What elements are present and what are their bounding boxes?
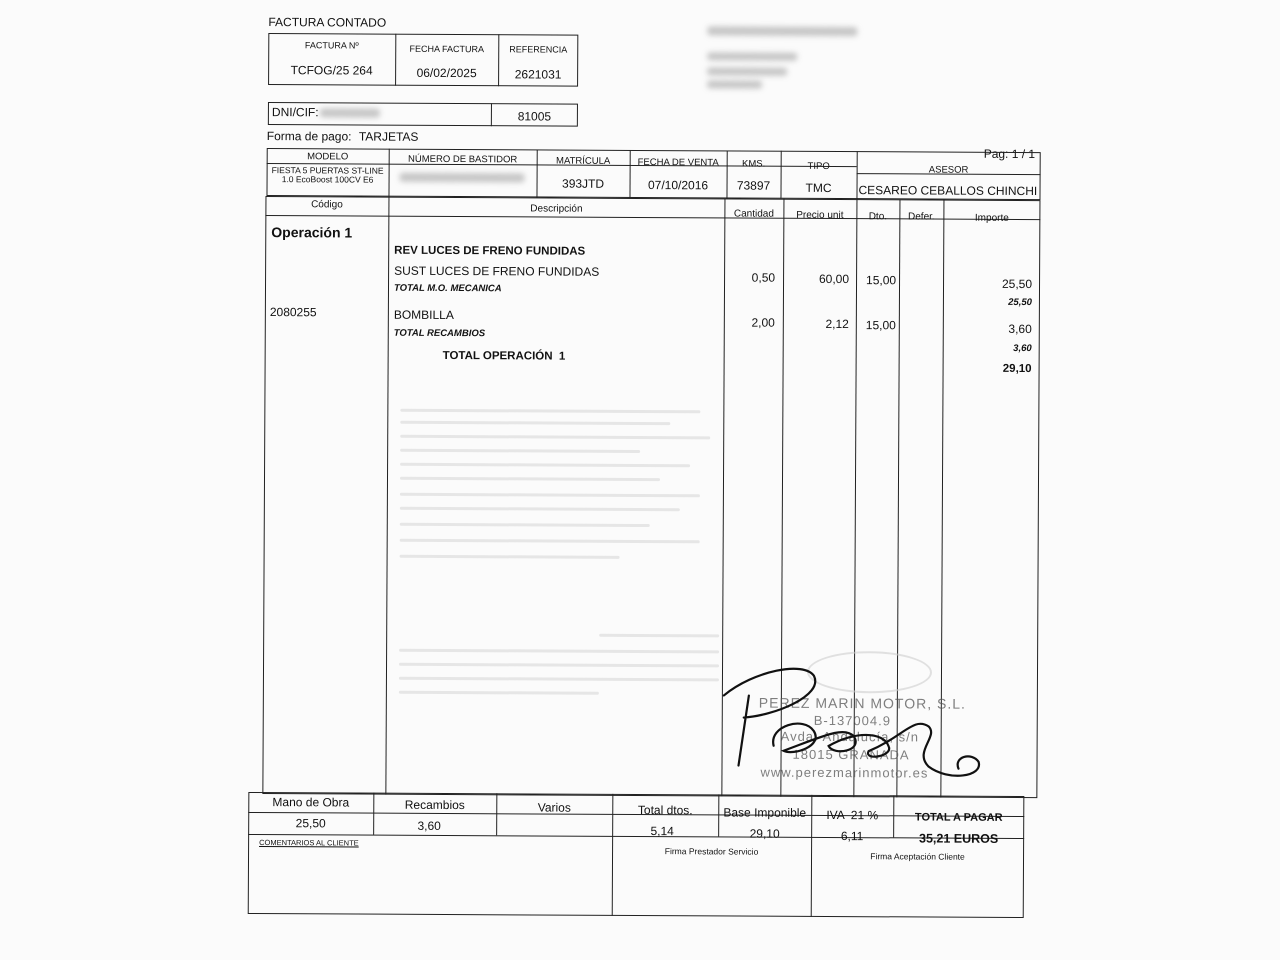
labour-value: 25,50 [248, 816, 373, 831]
parts-subtotal-label: TOTAL RECAMBIOS [394, 328, 485, 339]
signature-icon [713, 655, 1004, 792]
discounts-label: Total dtos. [612, 803, 718, 818]
vin-label: NÚMERO DE BASTIDOR [389, 154, 537, 166]
deferred-header: Defer. [899, 211, 943, 222]
model-label: MODELO [267, 151, 389, 163]
item-qty: 2,00 [724, 315, 775, 329]
kms-label: KMS. [727, 158, 781, 169]
table-row: SUST LUCES DE FRENO FUNDIDAS 0,50 60,00 … [3, 0, 1280, 3]
comments-label: COMENTARIOS AL CLIENTE [259, 838, 359, 848]
advisor-name: CESAREO CEBALLOS CHINCHI [858, 183, 1037, 198]
discount-header: Dto. [856, 211, 899, 222]
item-unit-price: 60,00 [783, 272, 849, 286]
type-label: TIPO [781, 161, 857, 172]
client-id-redacted [320, 108, 380, 117]
parts-label: Recambios [373, 798, 496, 813]
model-line-2: 1.0 EcoBoost 100CV E6 [267, 175, 389, 185]
invoice-date: 06/02/2025 [395, 66, 498, 81]
misc-label: Varios [496, 800, 612, 815]
payment-label: Forma de pago: [267, 129, 352, 143]
item-qty: 0,50 [724, 270, 775, 284]
recipient-address-redacted [3, 0, 1280, 3]
vehicle-plate: 393JTD [537, 176, 630, 190]
sale-date: 07/10/2016 [630, 178, 727, 193]
operation-total-label: TOTAL OPERACIÓN 1 [443, 350, 566, 363]
item-amount: 25,50 [943, 277, 1032, 291]
document-title: FACTURA CONTADO [268, 15, 386, 30]
amount-header: Importe [943, 213, 1040, 225]
vin-redacted [400, 173, 525, 183]
vehicle-type: TMC [780, 181, 856, 195]
sale-date-label: FECHA DE VENTA [630, 157, 727, 169]
item-discount: 15,00 [866, 273, 896, 287]
vehicle-kms: 73897 [727, 178, 781, 192]
total-label: TOTAL A PAGAR [893, 811, 1024, 824]
vat-label: IVA 21 % [811, 808, 893, 822]
item-unit-price: 2,12 [783, 317, 849, 331]
labour-subtotal-label: TOTAL M.O. MECANICA [394, 283, 502, 295]
item-amount: 3,60 [943, 322, 1032, 336]
item-description: SUST LUCES DE FRENO FUNDIDAS [394, 264, 599, 279]
unit-price-header: Precio unit [783, 210, 856, 221]
client-id-label: DNI/CIF: [272, 105, 319, 119]
advisor-label: ASESOR [857, 164, 1041, 176]
labour-label: Mano de Obra [248, 795, 373, 810]
discounts-value: 5,14 [612, 824, 712, 839]
code-header: Código [265, 199, 388, 211]
invoice-number-label: FACTURA Nº [268, 40, 395, 51]
qty-header: Cantidad [724, 208, 783, 219]
client-signature-label: Firma Aceptación Cliente [811, 851, 1024, 862]
reference: 2621031 [498, 67, 578, 81]
description-header: Descripción [388, 203, 724, 216]
company-stamp: PEREZ MARIN MOTOR, S.L. B-137004.9 Avda.… [3, 0, 1280, 3]
parts-value: 3,60 [373, 819, 485, 834]
provider-signature-label: Firma Prestador Servicio [612, 846, 811, 857]
tax-base-label: Base Imponible [718, 805, 811, 819]
payment-value: TARJETAS [359, 130, 419, 144]
invoice-date-label: FECHA FACTURA [395, 44, 498, 55]
plate-label: MATRÍCULA [537, 155, 630, 166]
client-code: 81005 [491, 109, 578, 123]
item-description: BOMBILLA [394, 308, 454, 322]
item-discount: 15,00 [866, 318, 896, 332]
vehicle-model: FIESTA 5 PUERTAS ST-LINE 1.0 EcoBoost 10… [267, 166, 389, 185]
invoice-page: FACTURA CONTADO FACTURA Nº FECHA FACTURA… [0, 0, 1280, 960]
reference-label: REFERENCIA [498, 44, 578, 54]
table-row: 2080255 BOMBILLA 2,00 2,12 15,00 3,60 [3, 0, 1280, 3]
operation-heading: REV LUCES DE FRENO FUNDIDAS [394, 245, 585, 258]
payment-method: Forma de pago: TARJETAS [267, 129, 419, 144]
operation-title: Operación 1 [271, 224, 352, 240]
labour-subtotal: 25,50 [943, 297, 1032, 308]
operation-total: 29,10 [943, 363, 1032, 375]
invoice-number: TCFOG/25 264 [268, 63, 395, 78]
vat-value: 6,11 [811, 829, 893, 843]
tax-base-value: 29,10 [718, 826, 811, 840]
item-code: 2080255 [270, 305, 317, 319]
total-value: 35,21 EUROS [893, 831, 1024, 846]
show-through-text [3, 0, 1280, 3]
parts-subtotal: 3,60 [943, 343, 1032, 354]
